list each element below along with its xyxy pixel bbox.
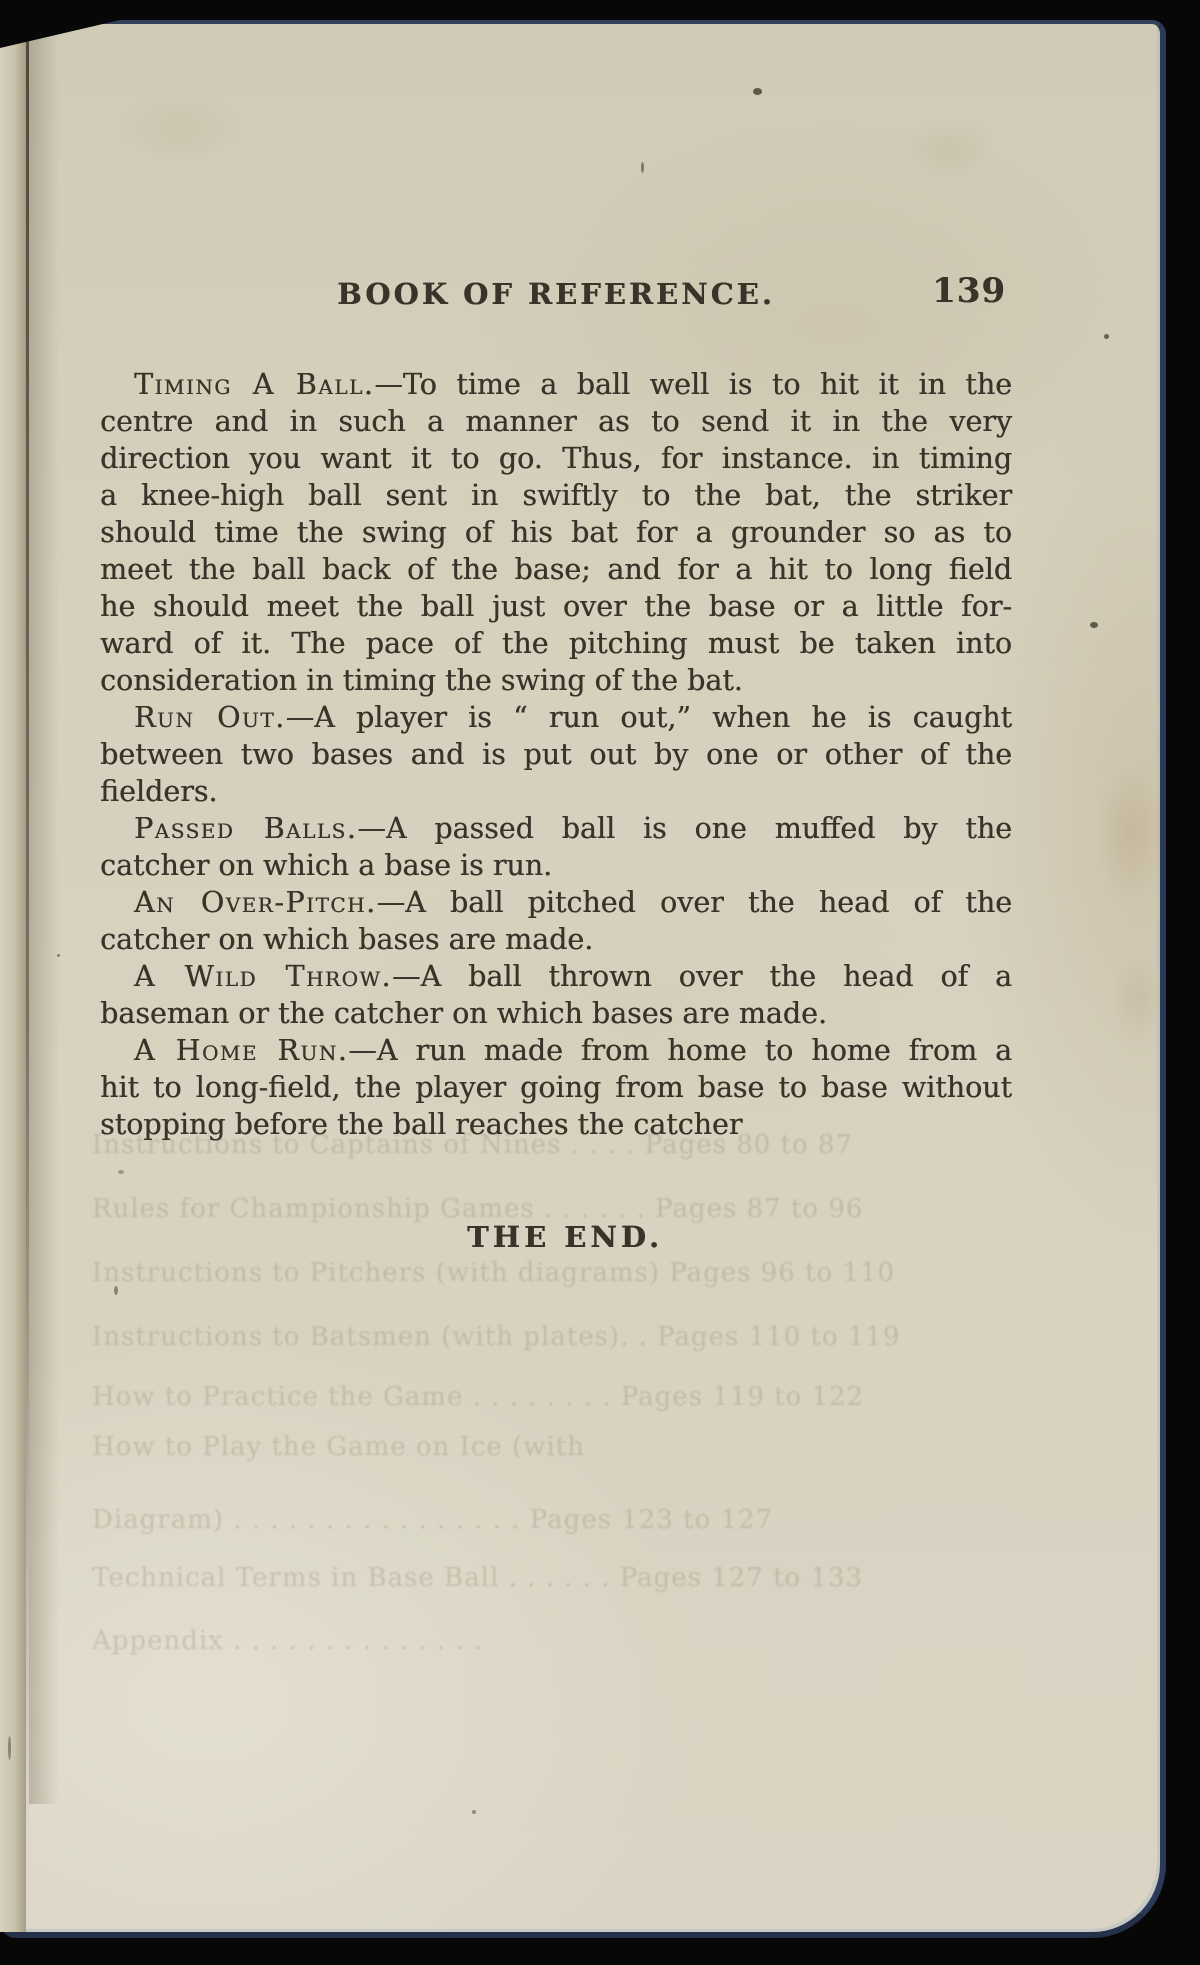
ghost-line: Instructions to Captains of Nines . . . … — [92, 1130, 1040, 1160]
page-number: 139 — [932, 274, 1006, 308]
ghost-line: Appendix . . . . . . . . . . . . . . — [92, 1626, 1040, 1656]
body-line: A Home Run.—A run made from home to home… — [100, 1032, 1012, 1069]
paper-stain — [120, 94, 240, 164]
body-text-block: Timing A Ball.—To time a ball well is to… — [100, 366, 1012, 1143]
ghost-line: Technical Terms in Base Ball . . . . . .… — [92, 1563, 1040, 1593]
body-line: fielders. — [100, 773, 1012, 810]
ghost-line: How to Play the Game on Ice (with — [92, 1432, 1040, 1462]
body-line: direction you want it to go. Thus, for i… — [100, 440, 1012, 477]
term-smallcaps: A Home Run. — [134, 1034, 348, 1067]
ink-speck — [114, 1286, 118, 1295]
paper-stain — [1095, 764, 1165, 904]
paper-stain — [905, 119, 995, 179]
ghost-line: Instructions to Pitchers (with diagrams)… — [92, 1258, 1040, 1288]
body-line: Passed Balls.—A passed ball is one muffe… — [100, 810, 1012, 847]
binding-gutter-shadow — [29, 24, 59, 1804]
book-page-scan: BOOK OF REFERENCE. 139 Timing A Ball.—To… — [0, 20, 1166, 1938]
body-line: catcher on which bases are made. — [100, 921, 1012, 958]
previous-page-edge — [0, 24, 26, 1932]
term-smallcaps: Run Out. — [134, 701, 286, 734]
ink-speck — [8, 1736, 11, 1760]
the-end-label: THE END. — [100, 1220, 1030, 1254]
ghost-line: How to Practice the Game . . . . . . . .… — [92, 1382, 1040, 1412]
body-line: hit to long-field, the player going from… — [100, 1069, 1012, 1106]
ghost-line: Diagram) . . . . . . . . . . . . . . . .… — [92, 1505, 1040, 1535]
ink-speck — [57, 954, 60, 957]
body-line: A Wild Throw.—A ball thrown over the hea… — [100, 958, 1012, 995]
body-line: a knee-high ball sent in swiftly to the … — [100, 477, 1012, 514]
body-line: Timing A Ball.—To time a ball well is to… — [100, 366, 1012, 403]
body-line: An Over-Pitch.—A ball pitched over the h… — [100, 884, 1012, 921]
term-smallcaps: Timing A Ball. — [134, 368, 374, 401]
body-line: between two bases and is put out by one … — [100, 736, 1012, 773]
ghost-line: Instructions to Batsmen (with plates). .… — [92, 1322, 1040, 1352]
ink-speck — [641, 162, 644, 173]
body-line: should time the swing of his bat for a g… — [100, 514, 1012, 551]
body-line: he should meet the ball just over the ba… — [100, 588, 1012, 625]
term-smallcaps: Passed Balls. — [134, 812, 357, 845]
body-line: ward of it. The pace of the pitching mus… — [100, 625, 1012, 662]
body-line: meet the ball back of the base; and for … — [100, 551, 1012, 588]
ink-speck — [1090, 622, 1098, 628]
running-header: BOOK OF REFERENCE. — [100, 280, 1012, 309]
ink-speck — [118, 1170, 124, 1174]
ink-speck — [753, 88, 762, 95]
scan-corner-shadow — [0, 20, 120, 48]
paper-stain — [1110, 954, 1165, 1044]
page-header-row: BOOK OF REFERENCE. 139 — [100, 280, 1012, 320]
body-line: centre and in such a manner as to send i… — [100, 403, 1012, 440]
ghost-line: Rules for Championship Games . . . . . .… — [92, 1194, 1040, 1224]
term-smallcaps: A Wild Throw. — [134, 960, 392, 993]
body-line: catcher on which a base is run. — [100, 847, 1012, 884]
body-line: baseman or the catcher on which bases ar… — [100, 995, 1012, 1032]
ink-speck — [1104, 334, 1109, 339]
body-line: Run Out.—A player is “ run out,” when he… — [100, 699, 1012, 736]
body-line: consideration in timing the swing of the… — [100, 662, 1012, 699]
ink-speck — [472, 1810, 476, 1814]
term-smallcaps: An Over-Pitch. — [134, 886, 377, 919]
